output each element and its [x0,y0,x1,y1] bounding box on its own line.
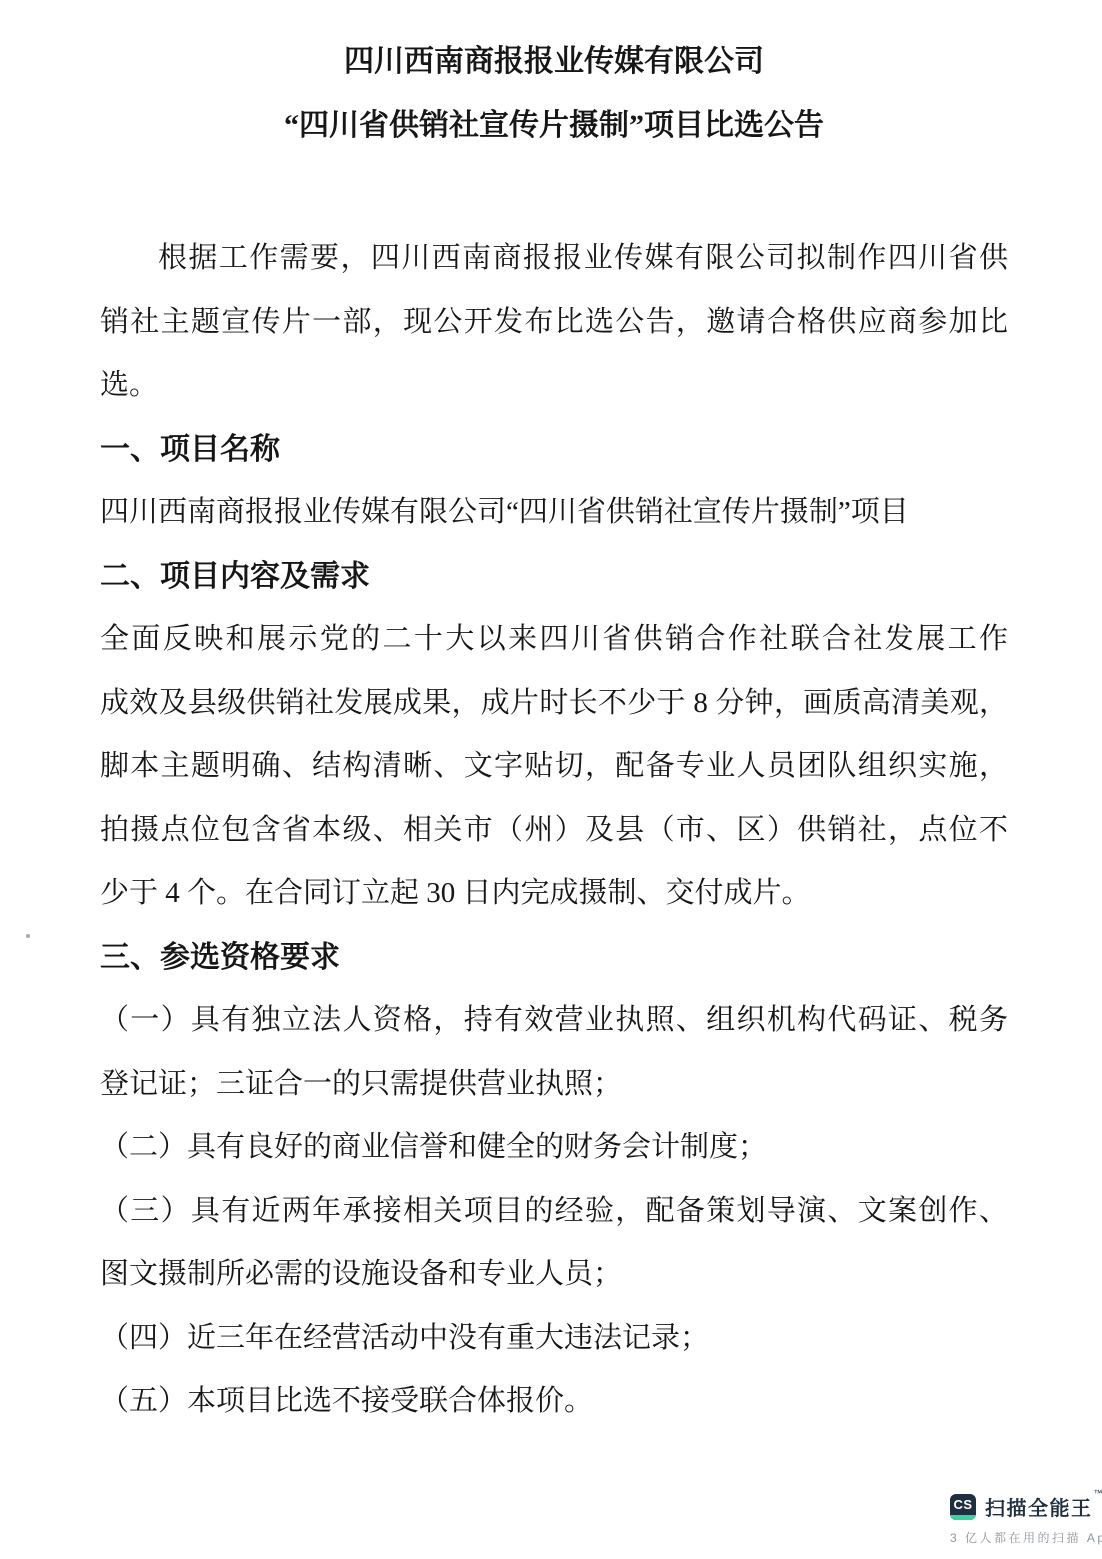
document-title-line: “四川省供销社宣传片摄制”项目比选公告 [100,94,1008,158]
document-line: （四）近三年在经营活动中没有重大违法记录； [100,1307,1008,1371]
camscanner-watermark: CS 扫描全能王™ 3 亿人都在用的扫描 App [950,1492,1102,1546]
document-body: 根据工作需要，四川西南商报报业传媒有限公司拟制作四川省供销社主题宣传片一部，现公… [100,227,1008,1434]
camscanner-logo-row: CS 扫描全能王™ [950,1492,1102,1521]
document-line: （一）具有独立法人资格，持有效营业执照、组织机构代码证、税务 [100,989,1008,1053]
document-title-line: 四川西南商报报业传媒有限公司 [100,30,1008,94]
scan-artifact-dot [26,934,30,938]
section-heading: 三、参选资格要求 [100,926,1008,990]
title-body-spacer [100,158,1008,227]
document-line: 根据工作需要，四川西南商报报业传媒有限公司拟制作四川省供 [100,227,1008,291]
section-heading: 一、项目名称 [100,418,1008,482]
document-line: （二）具有良好的商业信誉和健全的财务会计制度； [100,1116,1008,1180]
cs-badge-accent-strip [950,1515,976,1520]
document-content: 四川西南商报报业传媒有限公司“四川省供销社宣传片摄制”项目比选公告 根据工作需要… [100,30,1008,1434]
app-tagline: 3 亿人都在用的扫描 App [950,1529,1102,1546]
document-line: 全面反映和展示党的二十大以来四川省供销合作社联合社发展工作 [100,608,1008,672]
section-heading: 二、项目内容及需求 [100,545,1008,609]
document-line: 登记证；三证合一的只需提供营业执照； [100,1053,1008,1117]
document-line: 图文摄制所必需的设施设备和专业人员； [100,1243,1008,1307]
trademark-symbol: ™ [1094,1488,1102,1498]
document-title-block: 四川西南商报报业传媒有限公司“四川省供销社宣传片摄制”项目比选公告 [100,30,1008,158]
document-line: 销社主题宣传片一部，现公开发布比选公告，邀请合格供应商参加比 [100,291,1008,355]
document-line: 四川西南商报报业传媒有限公司“四川省供销社宣传片摄制”项目 [100,481,1008,545]
app-name: 扫描全能王™ [985,1492,1102,1521]
camscanner-logo-icon: CS [950,1494,976,1520]
scanned-document-page: 四川西南商报报业传媒有限公司“四川省供销社宣传片摄制”项目比选公告 根据工作需要… [0,0,1102,1559]
document-line: （五）本项目比选不接受联合体报价。 [100,1370,1008,1434]
document-line: 少于 4 个。在合同订立起 30 日内完成摄制、交付成片。 [100,862,1008,926]
document-line: （三）具有近两年承接相关项目的经验，配备策划导演、文案创作、 [100,1180,1008,1244]
cs-badge-label: CS [953,1497,972,1512]
document-line: 拍摄点位包含省本级、相关市（州）及县（市、区）供销社，点位不 [100,799,1008,863]
document-line: 选。 [100,354,1008,418]
document-line: 成效及县级供销社发展成果，成片时长不少于 8 分钟，画质高清美观， [100,672,1008,736]
document-line: 脚本主题明确、结构清晰、文字贴切，配备专业人员团队组织实施， [100,735,1008,799]
app-name-text: 扫描全能王 [985,1498,1093,1520]
